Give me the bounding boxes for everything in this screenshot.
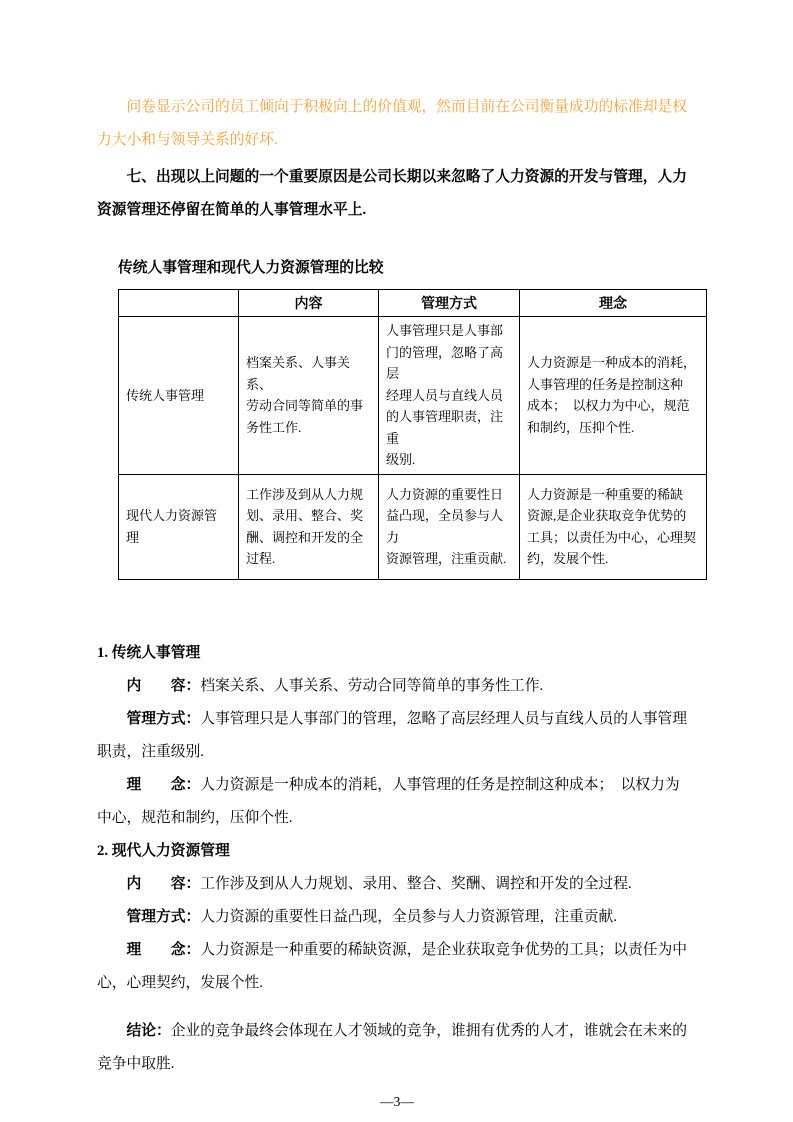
table-title: 传统人事管理和现代人力资源管理的比较: [118, 252, 793, 285]
cell-philosophy: 人力资源是一种重要的稀缺 资源,是企业获取竞争优势的 工具；以责任为中心，心理契…: [520, 474, 707, 579]
document-page: 问卷显示公司的员工倾向于积极向上的价值观，然而目前在公司衡量成功的标准却是权 力…: [0, 0, 793, 1122]
item-label: 内 容：: [127, 876, 201, 892]
item-label: 理 念：: [127, 942, 201, 958]
cell-management-style: 人事管理只是人事部 门的管理，忽略了高层 经理人员与直线人员 的人事管理职责，注…: [379, 317, 520, 475]
cell-category: 传统人事管理: [119, 317, 239, 475]
section-item-philosophy: 理 念：人力资源是一种重要的稀缺资源，是企业获取竞争优势的工具；以责任为中 心，…: [97, 934, 715, 1000]
section-item-content: 内 容：档案关系、人事关系、劳动合同等简单的事务性工作.: [97, 670, 715, 703]
section-item-management-style: 管理方式：人事管理只是人事部门的管理，忽略了高层经理人员与直线人员的人事管理 职…: [97, 703, 715, 769]
item-text: 档案关系、人事关系、劳动合同等简单的事务性工作.: [200, 678, 543, 694]
conclusion-label: 结论：: [127, 1023, 171, 1039]
header-cell-philosophy: 理念: [520, 290, 707, 317]
cell-philosophy: 人力资源是一种成本的消耗， 人事管理的任务是控制这种 成本； 以权力为中心，规范…: [520, 317, 707, 475]
header-cell-content: 内容: [239, 290, 379, 317]
table-header-row: 内容 管理方式 理念: [119, 290, 707, 317]
section-heading: 2. 现代人力资源管理: [97, 835, 715, 868]
header-cell-management-style: 管理方式: [379, 290, 520, 317]
header-cell-empty: [119, 290, 239, 317]
section-modern: 2. 现代人力资源管理 内 容：工作涉及到从人力规划、录用、整合、奖酬、调控和开…: [97, 835, 793, 1000]
conclusion-paragraph: 结论：企业的竞争最终会体现在人才领域的竞争，谁拥有优秀的人才，谁就会在未来的 竞…: [97, 1015, 715, 1081]
item-label: 内 容：: [127, 678, 201, 694]
section-traditional: 1. 传统人事管理 内 容：档案关系、人事关系、劳动合同等简单的事务性工作. 管…: [97, 637, 793, 835]
cell-content: 工作涉及到从人力规 划、录用、整合、奖 酬、调控和开发的全 过程.: [239, 474, 379, 579]
problem-paragraph: 七、出现以上问题的一个重要原因是公司长期以来忽略了人力资源的开发与管理，人力 资…: [97, 161, 715, 227]
intro-paragraph: 问卷显示公司的员工倾向于积极向上的价值观，然而目前在公司衡量成功的标准却是权 力…: [97, 91, 715, 157]
item-text: 人力资源的重要性日益凸现，全员参与人力资源管理，注重贡献.: [200, 909, 617, 925]
section-item-philosophy: 理 念：人力资源是一种成本的消耗，人事管理的任务是控制这种成本； 以权力为 中心…: [97, 769, 715, 835]
section-item-content: 内 容：工作涉及到从人力规划、录用、整合、奖酬、调控和开发的全过程.: [97, 868, 715, 901]
item-text: 工作涉及到从人力规划、录用、整合、奖酬、调控和开发的全过程.: [200, 876, 631, 892]
item-label: 管理方式：: [127, 909, 201, 925]
table-row-modern: 现代人力资源管 理 工作涉及到从人力规 划、录用、整合、奖 酬、调控和开发的全 …: [119, 474, 707, 579]
section-heading: 1. 传统人事管理: [97, 637, 715, 670]
cell-category: 现代人力资源管 理: [119, 474, 239, 579]
item-label: 管理方式：: [127, 711, 201, 727]
item-label: 理 念：: [127, 777, 201, 793]
table-row-traditional: 传统人事管理 档案关系、人事关系、 劳动合同等简单的事 务性工作. 人事管理只是…: [119, 317, 707, 475]
cell-management-style: 人力资源的重要性日 益凸现，全员参与人力 资源管理，注重贡献.: [379, 474, 520, 579]
comparison-table: 内容 管理方式 理念 传统人事管理 档案关系、人事关系、 劳动合同等简单的事 务…: [118, 289, 707, 580]
section-item-management-style: 管理方式：人力资源的重要性日益凸现，全员参与人力资源管理，注重贡献.: [97, 901, 715, 934]
conclusion-text: 企业的竞争最终会体现在人才领域的竞争，谁拥有优秀的人才，谁就会在未来的 竞争中取…: [97, 1023, 687, 1072]
cell-content: 档案关系、人事关系、 劳动合同等简单的事 务性工作.: [239, 317, 379, 475]
page-number: —3—: [97, 1085, 697, 1118]
